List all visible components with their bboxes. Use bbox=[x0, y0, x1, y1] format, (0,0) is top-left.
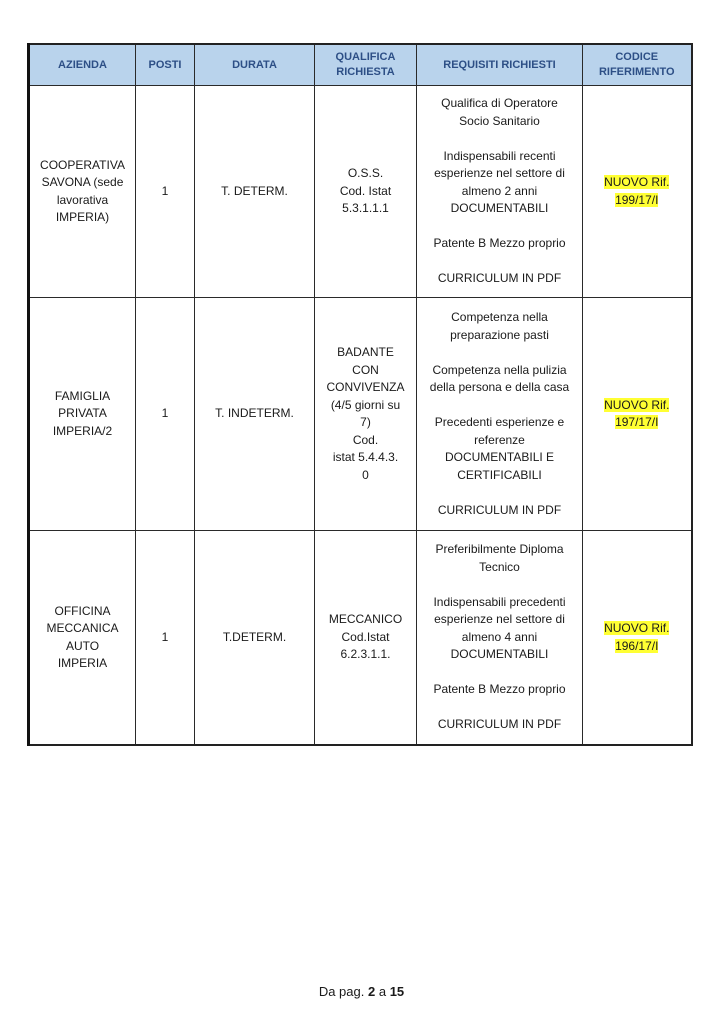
cell-codice: NUOVO Rif. 197/17/I bbox=[583, 298, 692, 531]
requirement-item: Precedenti esperienze e referenze DOCUME… bbox=[420, 414, 579, 484]
cell-durata: T.DETERM. bbox=[195, 531, 315, 746]
footer-separator: a bbox=[379, 984, 386, 999]
cell-azienda: OFFICINA MECCANICA AUTO IMPERIA bbox=[29, 531, 136, 746]
cell-qualifica: MECCANICO Cod.Istat 6.2.3.1.1. bbox=[315, 531, 417, 746]
cell-qualifica: BADANTE CON CONVIVENZA (4/5 giorni su 7)… bbox=[315, 298, 417, 531]
requirement-item: CURRICULUM IN PDF bbox=[420, 502, 579, 520]
reference-code-highlight: NUOVO Rif. 197/17/I bbox=[604, 398, 669, 430]
header-qualifica: QUALIFICA RICHIESTA bbox=[315, 44, 417, 86]
reference-code-highlight: NUOVO Rif. 199/17/I bbox=[604, 175, 669, 207]
cell-durata: T. INDETERM. bbox=[195, 298, 315, 531]
header-durata: DURATA bbox=[195, 44, 315, 86]
page-footer: Da pag. 2 a 15 bbox=[0, 984, 723, 999]
cell-requisiti: Competenza nella preparazione pasti Comp… bbox=[417, 298, 583, 531]
cell-qualifica: O.S.S. Cod. Istat 5.3.1.1.1 bbox=[315, 86, 417, 298]
requirement-item: Competenza nella preparazione pasti bbox=[420, 309, 579, 344]
requirement-item: Indispensabili precedenti esperienze nel… bbox=[420, 594, 579, 664]
document-page: AZIENDA POSTI DURATA QUALIFICA RICHIESTA… bbox=[0, 0, 723, 1024]
header-azienda: AZIENDA bbox=[29, 44, 136, 86]
requirement-item: Qualifica di Operatore Socio Sanitario bbox=[420, 95, 579, 130]
cell-posti: 1 bbox=[136, 531, 195, 746]
cell-codice: NUOVO Rif. 199/17/I bbox=[583, 86, 692, 298]
cell-azienda: COOPERATIVA SAVONA (sede lavorativa IMPE… bbox=[29, 86, 136, 298]
total-pages-number: 15 bbox=[390, 984, 404, 999]
table-row: COOPERATIVA SAVONA (sede lavorativa IMPE… bbox=[29, 86, 692, 298]
footer-prefix: Da pag. bbox=[319, 984, 365, 999]
requirement-item: CURRICULUM IN PDF bbox=[420, 270, 579, 288]
header-codice: CODICE RIFERIMENTO bbox=[583, 44, 692, 86]
requirement-item: Patente B Mezzo proprio bbox=[420, 681, 579, 699]
cell-requisiti: Preferibilmente Diploma Tecnico Indispen… bbox=[417, 531, 583, 746]
reference-code-highlight: NUOVO Rif. 196/17/I bbox=[604, 621, 669, 653]
job-offers-table: AZIENDA POSTI DURATA QUALIFICA RICHIESTA… bbox=[27, 43, 693, 746]
current-page-number: 2 bbox=[368, 984, 375, 999]
header-requisiti: REQUISITI RICHIESTI bbox=[417, 44, 583, 86]
requirement-item: Indispensabili recenti esperienze nel se… bbox=[420, 148, 579, 218]
cell-durata: T. DETERM. bbox=[195, 86, 315, 298]
cell-requisiti: Qualifica di Operatore Socio Sanitario I… bbox=[417, 86, 583, 298]
cell-azienda: FAMIGLIA PRIVATA IMPERIA/2 bbox=[29, 298, 136, 531]
header-posti: POSTI bbox=[136, 44, 195, 86]
requirement-item: Preferibilmente Diploma Tecnico bbox=[420, 541, 579, 576]
requirement-item: Patente B Mezzo proprio bbox=[420, 235, 579, 253]
cell-posti: 1 bbox=[136, 298, 195, 531]
table-row: FAMIGLIA PRIVATA IMPERIA/2 1 T. INDETERM… bbox=[29, 298, 692, 531]
requirement-item: Competenza nella pulizia della persona e… bbox=[420, 362, 579, 397]
cell-posti: 1 bbox=[136, 86, 195, 298]
cell-codice: NUOVO Rif. 196/17/I bbox=[583, 531, 692, 746]
requirement-item: CURRICULUM IN PDF bbox=[420, 716, 579, 734]
table-header-row: AZIENDA POSTI DURATA QUALIFICA RICHIESTA… bbox=[29, 44, 692, 86]
table-row: OFFICINA MECCANICA AUTO IMPERIA 1 T.DETE… bbox=[29, 531, 692, 746]
